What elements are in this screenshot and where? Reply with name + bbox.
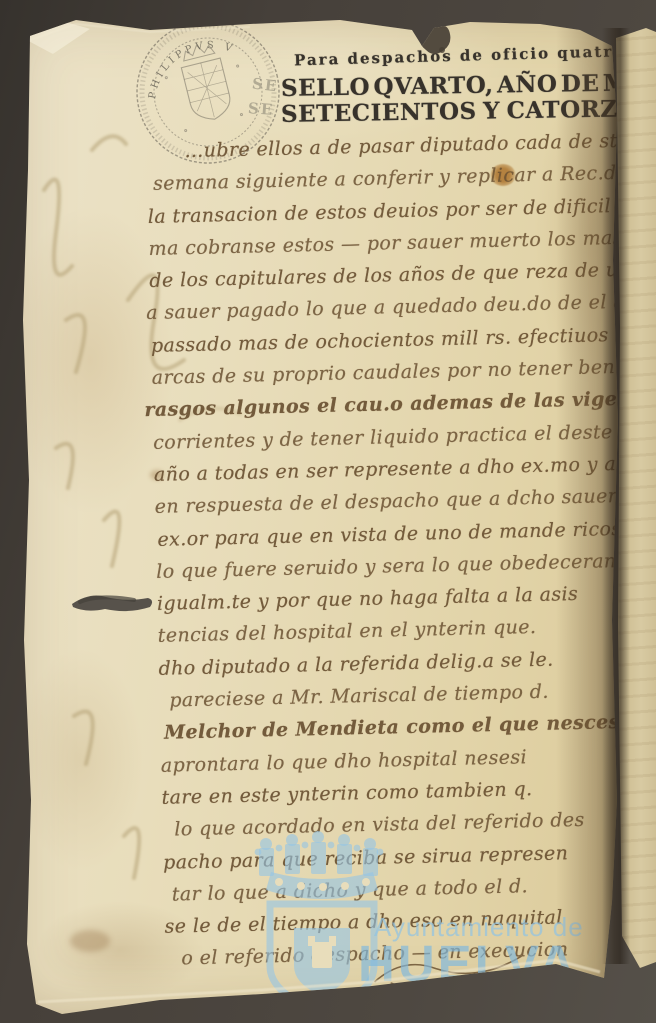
document-page: PHILIPPVS V SE SE Para despachos de ofic… <box>0 0 656 1023</box>
torn-edge-highlight <box>0 0 656 1023</box>
page-gutter-shadow <box>602 28 630 964</box>
scan-backdrop: PHILIPPVS V SE SE Para despachos de ofic… <box>0 0 656 1023</box>
